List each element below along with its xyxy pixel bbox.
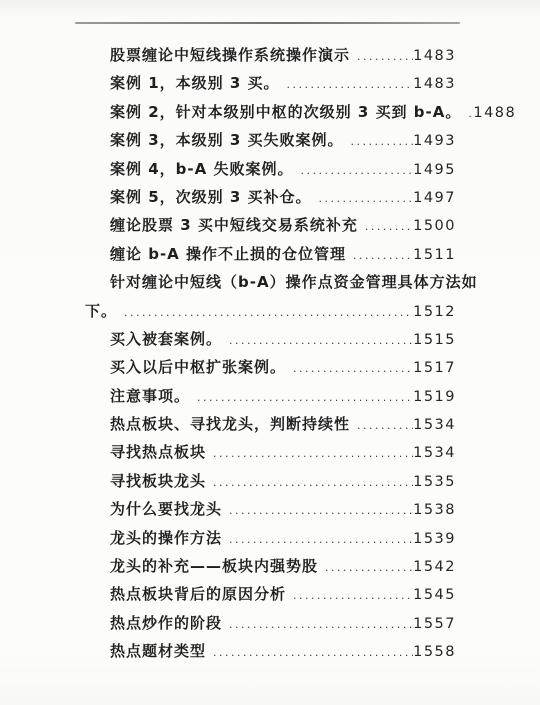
toc-entry-title: 热点板块、寻找龙头，判断持续性 xyxy=(110,410,350,438)
toc-entry-page-number: 1534 xyxy=(413,445,456,461)
toc-entry-title: 案例 4，b-A 失败案例。 xyxy=(110,155,293,183)
toc-entry-title: 买入以后中枢扩张案例。 xyxy=(110,353,286,381)
toc-entry: 股票缠论中短线操作系统操作演示 ........................… xyxy=(85,41,456,69)
toc-entry: 案例 5，次级别 3 买补仓。 ........................… xyxy=(85,183,456,211)
toc-entry-page-number: 1493 xyxy=(413,133,456,149)
toc-entry-page-number: 1538 xyxy=(413,502,456,518)
toc-dot-leader: ........................................… xyxy=(346,249,413,262)
toc-dot-leader: ........................................… xyxy=(190,391,413,404)
toc-dot-leader: ........................................… xyxy=(206,476,413,489)
toc-entry-title: 热点题材类型 xyxy=(110,637,206,665)
toc-entry: 下。 .....................................… xyxy=(85,297,456,325)
toc-entry: 案例 1，本级别 3 买。 ..........................… xyxy=(85,69,456,97)
toc-entry-page-number: 1545 xyxy=(413,587,456,603)
toc-dot-leader: ........................................… xyxy=(222,533,413,546)
toc-entry-page-number: 1512 xyxy=(413,304,456,320)
toc-entry: 缠论 b-A 操作不止损的仓位管理 ......................… xyxy=(85,240,456,268)
toc-entry: 热点板块、寻找龙头，判断持续性 ........................… xyxy=(85,410,456,438)
toc-entry-page-number: 1539 xyxy=(413,531,456,547)
toc-dot-leader: ........................................… xyxy=(117,306,413,319)
toc-entry: 案例 3，本级别 3 买失败案例。 ......................… xyxy=(85,126,456,154)
toc-entry-page-number: 1483 xyxy=(413,48,456,64)
toc-dot-leader: ........................................… xyxy=(350,50,413,63)
toc-entry: 买入以后中枢扩张案例。 ............................… xyxy=(85,353,456,381)
toc-dot-leader: ........................................… xyxy=(222,334,413,347)
toc-entry-title: 注意事项。 xyxy=(110,382,190,410)
toc-entry: 龙头的补充——板块内强势股 ..........................… xyxy=(85,552,456,580)
toc-entry-page-number: 1558 xyxy=(413,644,456,660)
toc-entry-title: 针对缠论中短线（b-A）操作点资金管理具体方法如 xyxy=(110,268,478,296)
toc-entry: 针对缠论中短线（b-A）操作点资金管理具体方法如 ...............… xyxy=(85,268,456,296)
toc-entry-title: 热点板块背后的原因分析 xyxy=(110,580,286,608)
toc-entry: 寻找板块龙头 .................................… xyxy=(85,467,456,495)
toc-entry: 注意事项。 ..................................… xyxy=(85,382,456,410)
toc-entry-title: 案例 3，本级别 3 买失败案例。 xyxy=(110,126,344,154)
toc-entry-page-number: 1495 xyxy=(413,162,456,178)
toc-entry-title: 案例 2，针对本级别中枢的次级别 3 买到 b-A。 xyxy=(110,98,461,126)
toc-dot-leader: ........................................… xyxy=(344,135,414,148)
toc-entry: 为什么要找龙头 ................................… xyxy=(85,495,456,523)
toc-entry: 缠论股票 3 买中短线交易系统补充 ......................… xyxy=(85,211,456,239)
toc-entry-title: 股票缠论中短线操作系统操作演示 xyxy=(110,41,350,69)
toc-dot-leader: ........................................… xyxy=(350,419,413,432)
toc-entry-title: 寻找板块龙头 xyxy=(110,467,206,495)
toc-dot-leader: ........................................… xyxy=(206,646,413,659)
toc-entry-title: 热点炒作的阶段 xyxy=(110,609,222,637)
toc-entry-page-number: 1483 xyxy=(413,76,456,92)
toc-entry-page-number: 1535 xyxy=(413,474,456,490)
toc-entry-page-number: 1497 xyxy=(413,190,456,206)
toc-entry: 热点炒作的阶段 ................................… xyxy=(85,609,456,637)
toc-entry-title: 龙头的补充——板块内强势股 xyxy=(110,552,318,580)
toc-entry: 龙头的操作方法 ................................… xyxy=(85,524,456,552)
toc-entry-title: 缠论股票 3 买中短线交易系统补充 xyxy=(110,211,358,239)
toc-entry: 寻找热点板块 .................................… xyxy=(85,438,456,466)
toc-dot-leader: ........................................… xyxy=(461,107,473,120)
toc-dot-leader: ........................................… xyxy=(206,447,413,460)
toc-dot-leader: ........................................… xyxy=(280,78,414,91)
toc-entry-title: 案例 1，本级别 3 买。 xyxy=(110,69,280,97)
toc-entry-page-number: 1534 xyxy=(413,417,456,433)
header-rule xyxy=(75,22,460,24)
toc-entry-title: 龙头的操作方法 xyxy=(110,524,222,552)
toc-entry-page-number: 1511 xyxy=(413,247,456,263)
toc-dot-leader: ........................................… xyxy=(286,362,413,375)
table-of-contents: 股票缠论中短线操作系统操作演示 ........................… xyxy=(85,41,456,666)
toc-entry-page-number: 1542 xyxy=(413,559,456,575)
toc-entry-title: 为什么要找龙头 xyxy=(110,495,222,523)
document-page: 股票缠论中短线操作系统操作演示 ........................… xyxy=(0,0,540,705)
toc-entry: 热点题材类型 .................................… xyxy=(85,637,456,665)
toc-entry-title: 买入被套案例。 xyxy=(110,325,222,353)
toc-dot-leader: ........................................… xyxy=(222,618,413,631)
toc-entry: 案例 4，b-A 失败案例。 .........................… xyxy=(85,155,456,183)
toc-dot-leader: ........................................… xyxy=(318,561,413,574)
toc-entry-title: 寻找热点板块 xyxy=(110,438,206,466)
toc-dot-leader: ........................................… xyxy=(358,220,413,233)
toc-entry-page-number: 1488 xyxy=(473,105,516,121)
toc-entry-title: 缠论 b-A 操作不止损的仓位管理 xyxy=(110,240,346,268)
toc-entry: 热点板块背后的原因分析 ............................… xyxy=(85,580,456,608)
toc-dot-leader: ........................................… xyxy=(222,504,413,517)
toc-dot-leader: ........................................… xyxy=(286,589,413,602)
toc-dot-leader: ........................................… xyxy=(312,192,414,205)
toc-entry: 买入被套案例。 ................................… xyxy=(85,325,456,353)
toc-entry-page-number: 1519 xyxy=(413,389,456,405)
toc-entry-page-number: 1515 xyxy=(413,332,456,348)
toc-entry-page-number: 1517 xyxy=(413,360,456,376)
toc-entry-page-number: 1557 xyxy=(413,616,456,632)
toc-dot-leader: ........................................… xyxy=(293,164,413,177)
toc-entry-page-number: 1500 xyxy=(413,218,456,234)
toc-entry-title: 案例 5，次级别 3 买补仓。 xyxy=(110,183,312,211)
toc-entry: 案例 2，针对本级别中枢的次级别 3 买到 b-A。 .............… xyxy=(85,98,456,126)
toc-entry-title: 下。 xyxy=(85,297,117,325)
